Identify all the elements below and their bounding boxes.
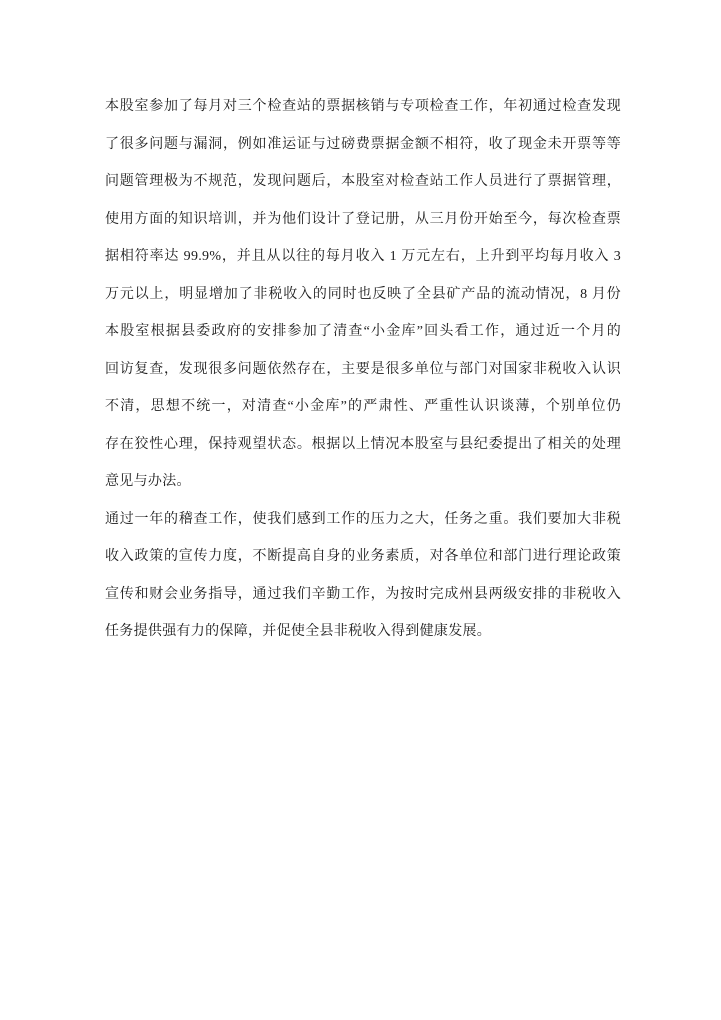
- text-line: 意见与办法。: [105, 463, 621, 501]
- text-line: 收入政策的宣传力度，不断提高自身的业务素质，对各单位和部门进行理论政策: [105, 538, 621, 576]
- text-line: 据相符率达 99.9%，并且从以往的每月收入 1 万元左右，上升到平均每月收入 …: [105, 238, 621, 276]
- text-line: 本股室根据县委政府的安排参加了清查“小金库”回头看工作，通过近一个月的: [105, 313, 621, 351]
- text-line: 不清，思想不统一，对清查“小金库”的严肃性、严重性认识谈薄，个别单位仍: [105, 388, 621, 426]
- text-line: 任务提供强有力的保障，并促使全县非税收入得到健康发展。: [105, 613, 621, 651]
- document-page: 本股室参加了每月对三个检查站的票据核销与专项检查工作，年初通过检查发现了很多问题…: [0, 0, 721, 1020]
- paragraph: 通过一年的稽查工作，使我们感到工作的压力之大，任务之重。我们要加大非税收入政策的…: [105, 501, 621, 651]
- paragraph: 本股室参加了每月对三个检查站的票据核销与专项检查工作，年初通过检查发现了很多问题…: [105, 88, 621, 501]
- text-line: 问题管理极为不规范，发现问题后，本股室对检查站工作人员进行了票据管理，: [105, 163, 621, 201]
- text-line: 本股室参加了每月对三个检查站的票据核销与专项检查工作，年初通过检查发现: [105, 88, 621, 126]
- text-line: 回访复查，发现很多问题依然存在，主要是很多单位与部门对国家非税收入认识: [105, 351, 621, 389]
- text-line: 万元以上，明显增加了非税收入的同时也反映了全县矿产品的流动情况，8 月份: [105, 276, 621, 314]
- text-line: 宣传和财会业务指导，通过我们辛勤工作，为按时完成州县两级安排的非税收入: [105, 576, 621, 614]
- text-line: 使用方面的知识培训，并为他们设计了登记册，从三月份开始至今，每次检查票: [105, 201, 621, 239]
- document-body: 本股室参加了每月对三个检查站的票据核销与专项检查工作，年初通过检查发现了很多问题…: [105, 88, 621, 651]
- text-line: 通过一年的稽查工作，使我们感到工作的压力之大，任务之重。我们要加大非税: [105, 501, 621, 539]
- text-line: 了很多问题与漏洞，例如准运证与过磅费票据金额不相符，收了现金未开票等等: [105, 126, 621, 164]
- text-line: 存在狡性心理，保持观望状态。根据以上情况本股室与县纪委提出了相关的处理: [105, 426, 621, 464]
